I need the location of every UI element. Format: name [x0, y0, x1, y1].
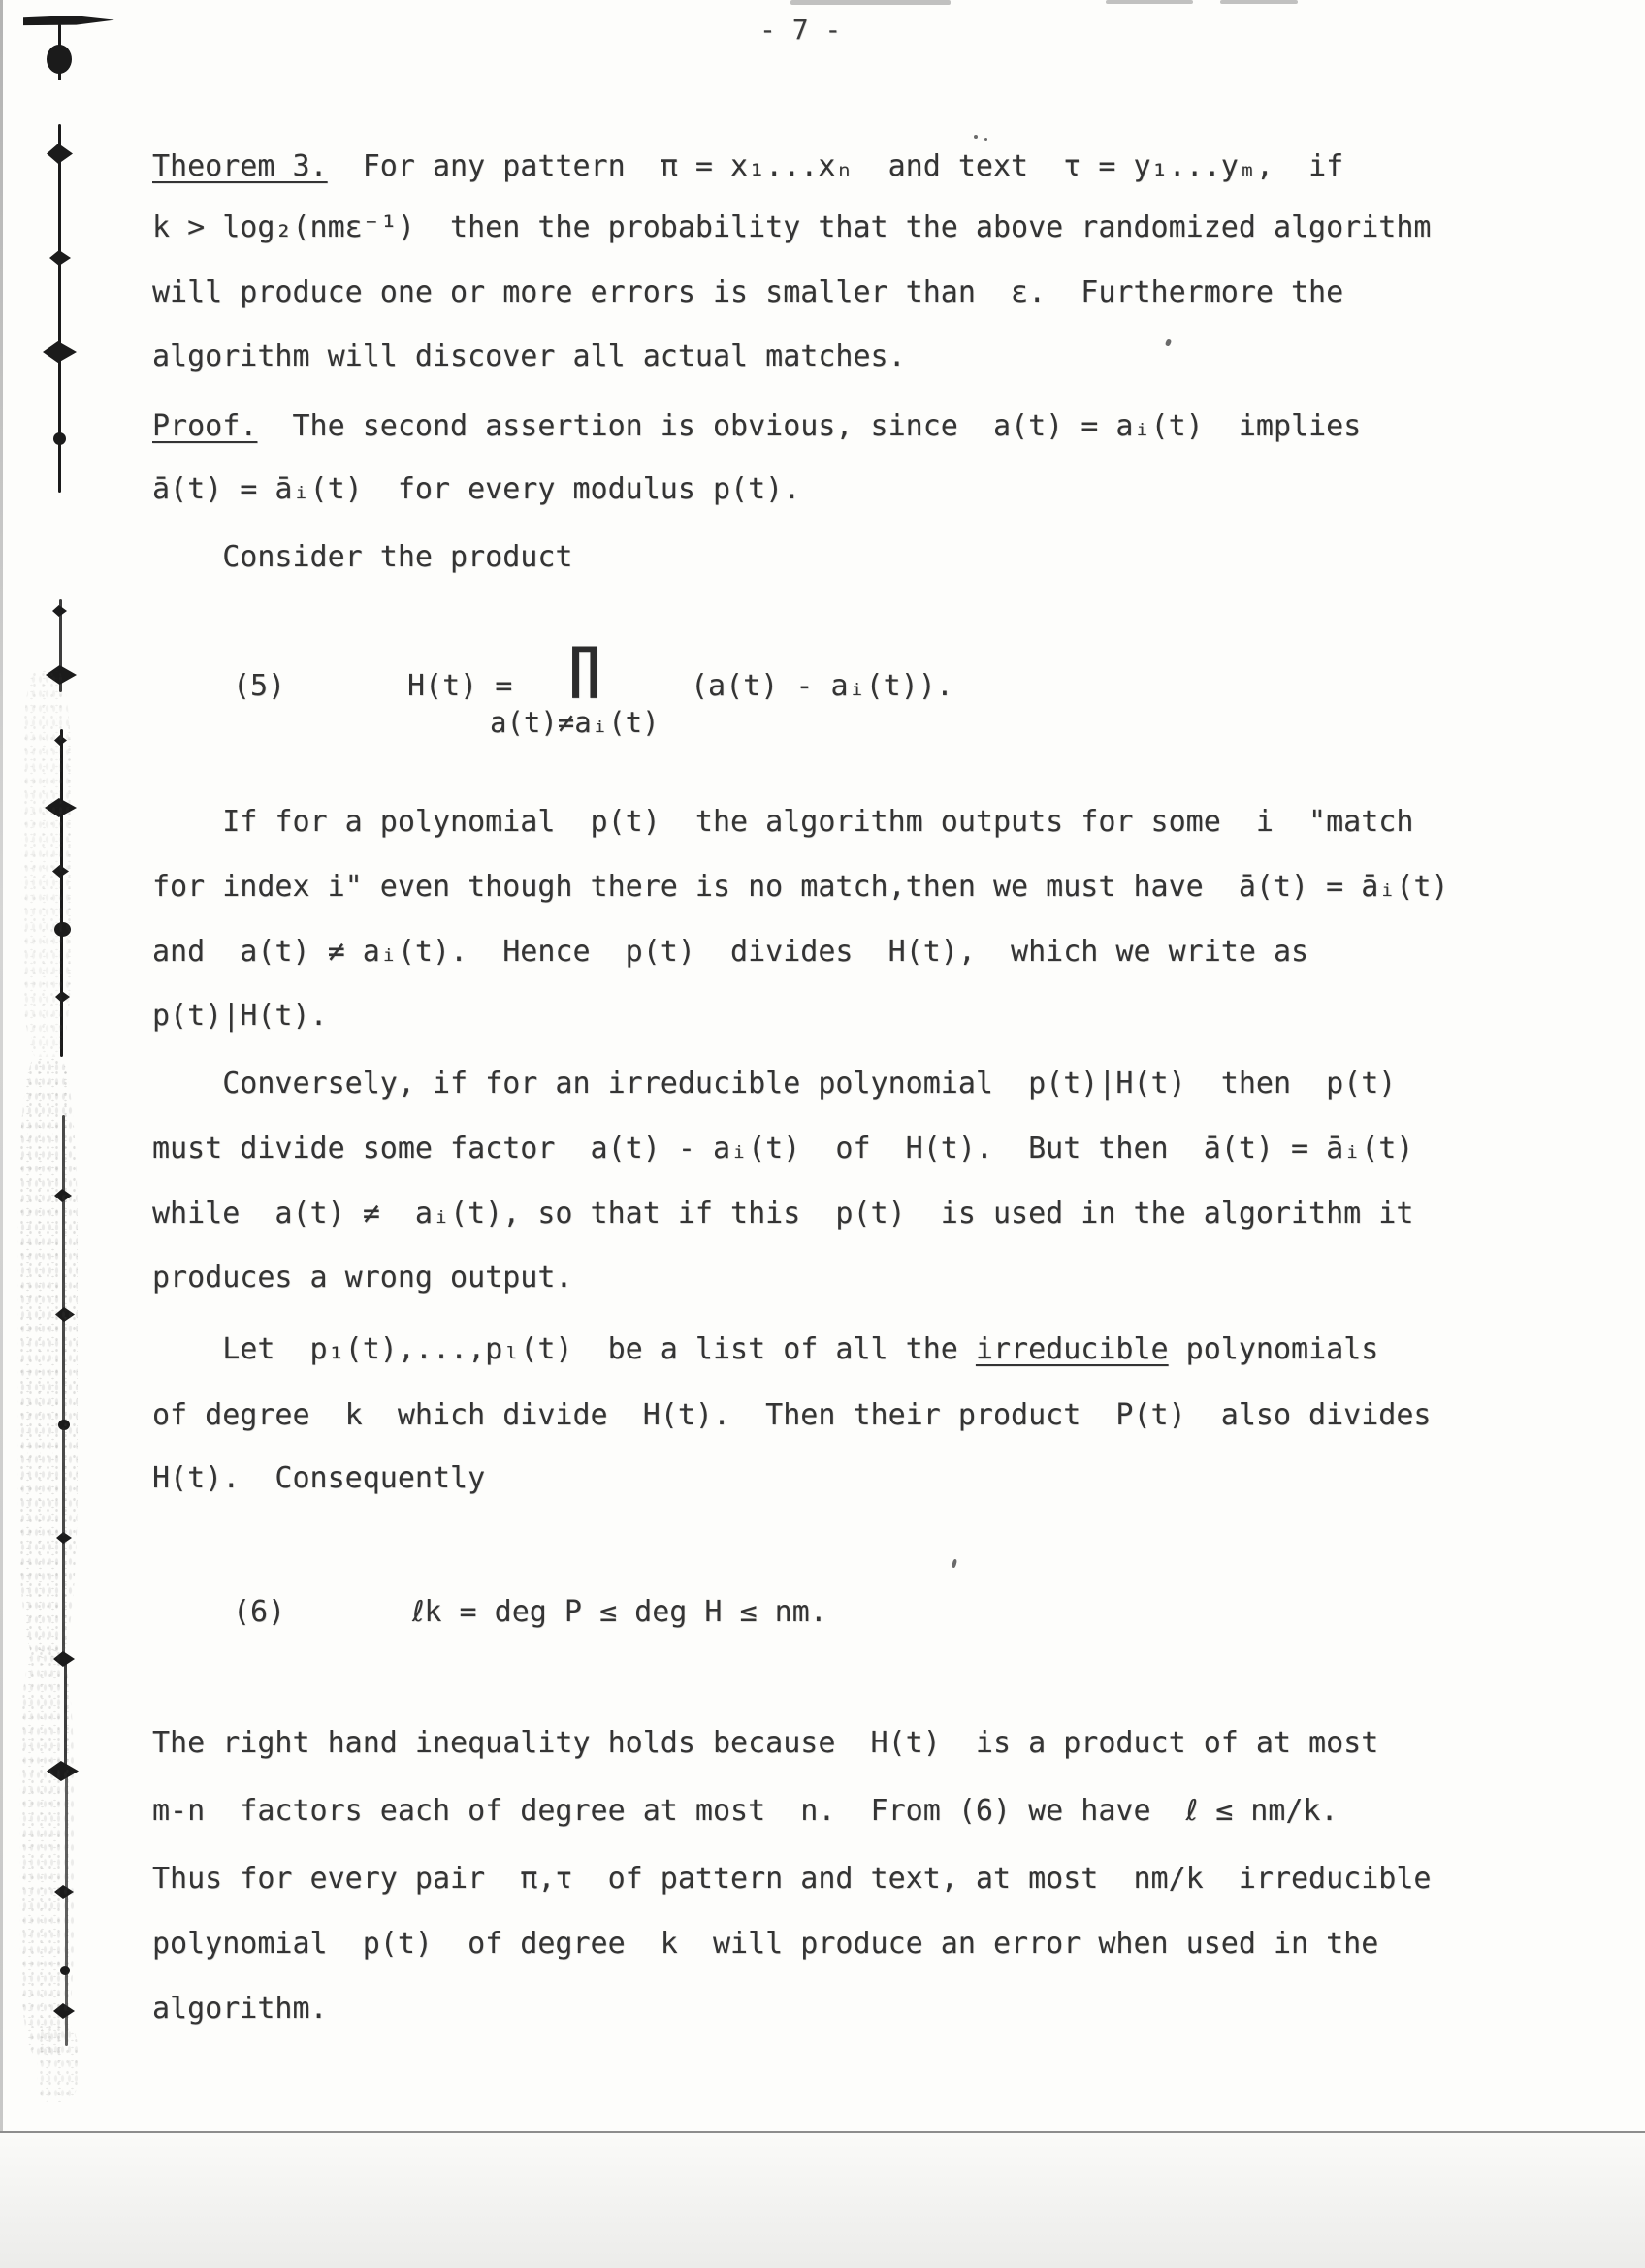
scan-speckle-band	[21, 669, 72, 1057]
proof-line-1-text: The second assertion is obvious, since a…	[257, 409, 1361, 443]
scan-top-mark	[1220, 0, 1298, 4]
match-paragraph-line-2: for index i" even though there is no mat…	[152, 868, 1449, 909]
theorem-line-4: algorithm will discover all actual match…	[152, 337, 906, 378]
final-paragraph-line-4: polynomial p(t) of degree k will produce…	[152, 1925, 1378, 1965]
scan-bottom-edge-line	[0, 2131, 1645, 2133]
scan-top-mark	[1106, 0, 1193, 4]
equation-6-formula: ℓk = deg P ≤ deg H ≤ nm.	[412, 1595, 827, 1629]
ink-blot	[53, 432, 66, 445]
scan-speck	[974, 135, 978, 139]
scanned-paper-page: - 7 - Theorem 3. For any pattern π = x₁.…	[0, 0, 1645, 2268]
ink-blot	[47, 45, 72, 74]
theorem-line-2: k > log₂(nmε⁻¹) then the probability tha…	[152, 208, 1432, 249]
equation-5-lhs: H(t) =	[407, 669, 512, 703]
scan-speckle-band	[37, 2025, 78, 2102]
scan-speckle-band	[17, 1057, 78, 1658]
theorem-line-1: Theorem 3. For any pattern π = x₁...xₙ a…	[152, 147, 1343, 188]
match-paragraph-line-3: and a(t) ≠ aᵢ(t). Hence p(t) divides H(t…	[152, 933, 1308, 974]
irreducible-underlined: irreducible	[976, 1332, 1169, 1366]
let-paragraph-line-2: of degree k which divide H(t). Then thei…	[152, 1396, 1432, 1437]
theorem-line-1-text: For any pattern π = x₁...xₙ and text τ =…	[328, 149, 1344, 183]
scan-bottom-band	[0, 2133, 1645, 2268]
ink-blot	[47, 144, 73, 164]
proof-label: Proof.	[152, 409, 257, 443]
final-paragraph-line-1: The right hand inequality holds because …	[152, 1724, 1378, 1765]
conversely-paragraph-line-2: must divide some factor a(t) - aᵢ(t) of …	[152, 1130, 1413, 1170]
final-paragraph-line-5: algorithm.	[152, 1990, 328, 2030]
equation-6-number: (6)	[233, 1595, 285, 1629]
let-paragraph-line-3: H(t). Consequently	[152, 1459, 485, 1500]
scan-top-mark	[790, 0, 951, 5]
theorem-line-3: will produce one or more errors is small…	[152, 273, 1343, 314]
equation-5-rhs: (a(t) - aᵢ(t)).	[691, 669, 953, 703]
let-paragraph-line-1: Let p₁(t),...,pₗ(t) be a list of all the…	[152, 1330, 1378, 1371]
conversely-paragraph-line-1: Conversely, if for an irreducible polyno…	[152, 1065, 1396, 1105]
scan-speck	[984, 138, 987, 141]
ink-streak	[23, 16, 114, 26]
ink-blot	[43, 341, 77, 363]
proof-line-2: ā(t) = āᵢ(t) for every modulus p(t).	[152, 470, 800, 511]
proof-line-1: Proof. The second assertion is obvious, …	[152, 407, 1361, 448]
let-line-1-before: Let p₁(t),...,pₗ(t) be a list of all the	[152, 1332, 976, 1366]
scan-speck	[1165, 338, 1172, 346]
proof-line-3: Consider the product	[152, 538, 572, 579]
scan-speck	[952, 1559, 957, 1569]
let-line-1-after: polynomials	[1169, 1332, 1379, 1366]
match-paragraph-line-4: p(t)|H(t).	[152, 997, 328, 1038]
conversely-paragraph-line-3: while a(t) ≠ aᵢ(t), so that if this p(t)…	[152, 1195, 1413, 1235]
product-symbol: ∏	[568, 642, 601, 696]
ink-blot	[52, 605, 67, 617]
scan-speckle-band	[19, 1648, 74, 2056]
ink-blot	[49, 250, 71, 266]
theorem-label: Theorem 3.	[152, 149, 328, 183]
match-paragraph-line-1: If for a polynomial p(t) the algorithm o…	[152, 803, 1413, 844]
equation-5-number: (5)	[233, 669, 285, 703]
final-paragraph-line-2: m-n factors each of degree at most n. Fr…	[152, 1792, 1339, 1833]
conversely-paragraph-line-4: produces a wrong output.	[152, 1259, 572, 1299]
page-number: - 7 -	[759, 14, 841, 46]
equation-5-product-condition: a(t)≠aᵢ(t)	[490, 706, 660, 739]
scan-left-edge	[0, 0, 3, 2268]
final-paragraph-line-3: Thus for every pair π,τ of pattern and t…	[152, 1860, 1432, 1901]
